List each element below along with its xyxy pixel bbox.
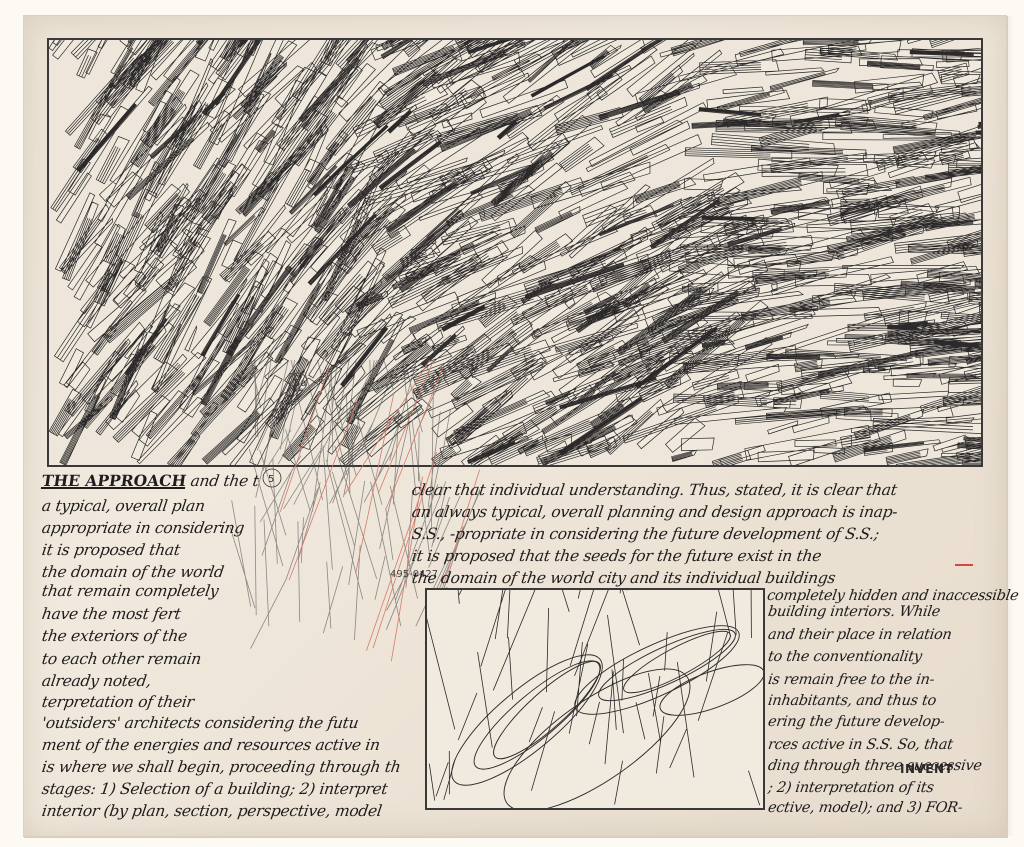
inset-orbit-drawing (425, 588, 765, 810)
red-pencil-mark (955, 564, 973, 566)
orbit-pattern-icon (427, 590, 763, 808)
left-text-line: terpretation of their (41, 693, 195, 711)
right-text-line: it is proposed that the seeds for the fu… (411, 547, 823, 565)
left-text-line: a typical, overall plan (41, 497, 206, 515)
left-text-line: the exteriors of the (41, 627, 189, 645)
left-text-line: to each other remain (41, 650, 203, 668)
top-shard-drawing (47, 38, 983, 467)
left-text-line: stages: 1) Selection of a building; 2) i… (41, 780, 389, 798)
left-text-line: that remain completely (41, 582, 220, 600)
left-text-line: already noted, (41, 672, 153, 690)
right-text-line: S.S., -propriate in considering the futu… (411, 525, 880, 543)
section-heading: THE APPROACH (41, 471, 188, 490)
left-text-line: it is proposed that (41, 541, 181, 559)
right-text-line: ective, model); and 3) FOR- (767, 800, 964, 816)
right-text-line: ; 2) interpretation of its (767, 780, 935, 796)
left-text-line: ment of the energies and resources activ… (41, 736, 381, 754)
left-text-line: the domain of the world (41, 563, 225, 581)
left-text-line: is where we shall begin, proceeding thro… (41, 758, 402, 776)
right-text-line: is remain free to the in- (767, 672, 935, 688)
right-text-line: to the conventionality (767, 649, 923, 665)
right-text-line: clear that individual understanding. Thu… (411, 481, 898, 499)
right-text-line: the domain of the world city and its ind… (411, 569, 837, 587)
right-text-line: building interiors. While (767, 604, 941, 620)
right-text-line: rces active in S.S. So, that (767, 737, 954, 753)
right-text-line: inhabitants, and thus to (767, 693, 937, 709)
left-text-line: appropriate in considering (41, 519, 246, 537)
left-text-line: 'outsiders' architects considering the f… (41, 714, 360, 732)
left-text-line: interior (by plan, section, perspective,… (41, 802, 383, 820)
shard-pattern-icon (49, 40, 981, 465)
heading-line: THE APPROACH and the t (41, 471, 260, 490)
right-text-line: ering the future develop- (767, 714, 946, 730)
invent-label: INVENT (900, 762, 953, 776)
left-text-line: have the most fert (41, 605, 182, 623)
right-text-line: an always typical, overall planning and … (411, 503, 899, 521)
right-text-line: and their place in relation (767, 627, 953, 643)
heading-continuation: and the t (189, 472, 259, 490)
